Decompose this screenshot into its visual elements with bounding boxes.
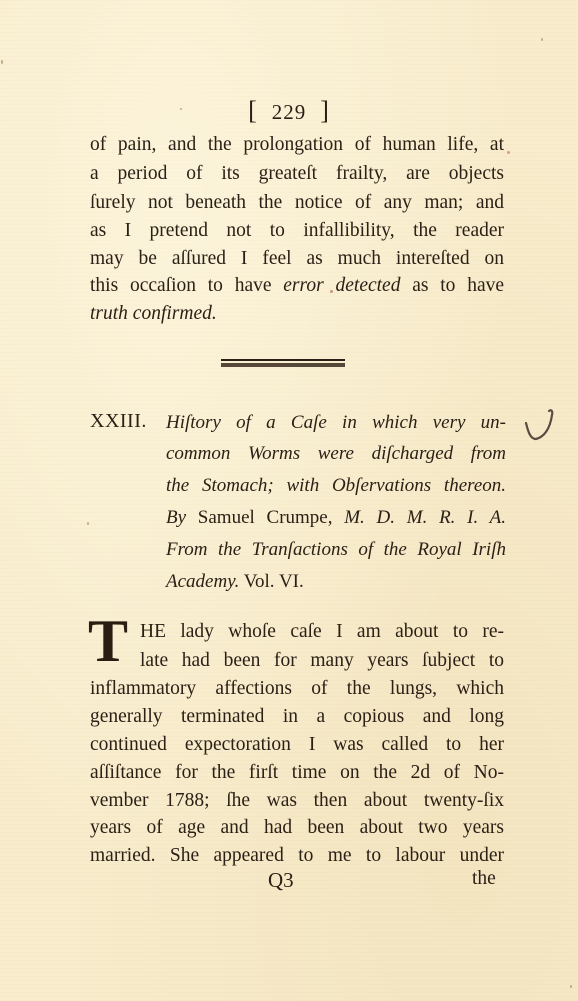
italic-text: the Stomach; with Obſervations thereon.	[166, 475, 506, 496]
text-line: inflammatory affections of the lungs, wh…	[90, 678, 504, 700]
italic-text: M. D. M. R. I. A.	[344, 507, 506, 528]
text-line: a period of its greateſt frailty, are ob…	[90, 163, 504, 185]
paper-speck	[1, 60, 3, 64]
text-line: truth confirmed.	[90, 303, 504, 325]
roman-text: of pain, and the prolongation of human l…	[90, 134, 504, 155]
article-number: XXIII.	[90, 410, 147, 433]
roman-text: as to have	[400, 275, 504, 296]
text-line: Hiſtory of a Caſe in which very un-	[166, 412, 506, 434]
text-line: as I pretend not to infallibility, the r…	[90, 220, 504, 242]
paper-speck	[507, 151, 510, 154]
roman-text: as I pretend not to infallibility, the r…	[90, 220, 504, 241]
roman-text: Vol. VI.	[239, 571, 303, 592]
italic-text: By	[166, 507, 186, 528]
roman-text: Samuel Crumpe,	[186, 507, 344, 528]
text-line: this occaſion to have error detected as …	[90, 275, 504, 297]
open-bracket: [	[248, 96, 258, 125]
catchword: the	[472, 868, 496, 890]
text-line: late had been for many years ſubject to	[140, 650, 504, 672]
paper-speck	[87, 522, 89, 525]
italic-text: Hiſtory of a Caſe in which very un-	[166, 412, 506, 433]
text-line: By Samuel Crumpe, M. D. M. R. I. A.	[166, 507, 506, 529]
italic-text: common Worms were diſcharged from	[166, 443, 506, 464]
close-bracket: ]	[320, 96, 330, 125]
roman-text: a period of its greateſt frailty, are ob…	[90, 163, 504, 184]
roman-text: may be aſſured I feel as much intereſted…	[90, 248, 504, 269]
text-line: HE lady whoſe caſe I am about to re-	[140, 621, 504, 643]
pencil-checkmark-icon	[520, 405, 560, 445]
roman-text: this occaſion to have	[90, 275, 283, 296]
italic-text: error detected	[283, 275, 400, 296]
section-divider-rule	[221, 359, 345, 367]
paper-speck	[180, 108, 182, 110]
text-line: generally terminated in a copious and lo…	[90, 706, 504, 728]
text-line: may be aſſured I feel as much intereſted…	[90, 248, 504, 270]
book-page: [229] of pain, and the prolongation of h…	[0, 0, 578, 1001]
text-line: the Stomach; with Obſervations thereon.	[166, 475, 506, 497]
italic-text: truth confirmed.	[90, 303, 217, 324]
text-line: ſurely not beneath the notice of any man…	[90, 192, 504, 214]
paper-speck	[570, 985, 572, 988]
italic-text: Academy.	[166, 571, 239, 592]
text-line: married. She appeared to me to labour un…	[90, 845, 504, 867]
paper-speck	[330, 290, 333, 293]
text-line: common Worms were diſcharged from	[166, 443, 506, 465]
italic-text: From the Tranſactions of the Royal Iriſh	[166, 539, 506, 560]
text-line: years of age and had been about two year…	[90, 817, 504, 839]
paper-speck	[541, 38, 543, 41]
text-line: Academy. Vol. VI.	[166, 571, 506, 593]
roman-text: ſurely not beneath the notice of any man…	[90, 192, 504, 213]
text-line: aſſiſtance for the firſt time on the 2d …	[90, 762, 504, 784]
text-line: vember 1788; ſhe was then about twenty-ſ…	[90, 790, 504, 812]
text-line: continued expectoration I was called to …	[90, 734, 504, 756]
running-head: [229]	[0, 96, 578, 126]
page-number: 229	[272, 100, 307, 124]
signature-mark: Q3	[268, 868, 294, 893]
text-line: From the Tranſactions of the Royal Iriſh	[166, 539, 506, 561]
drop-cap: T	[88, 617, 128, 665]
text-line: of pain, and the prolongation of human l…	[90, 134, 504, 156]
